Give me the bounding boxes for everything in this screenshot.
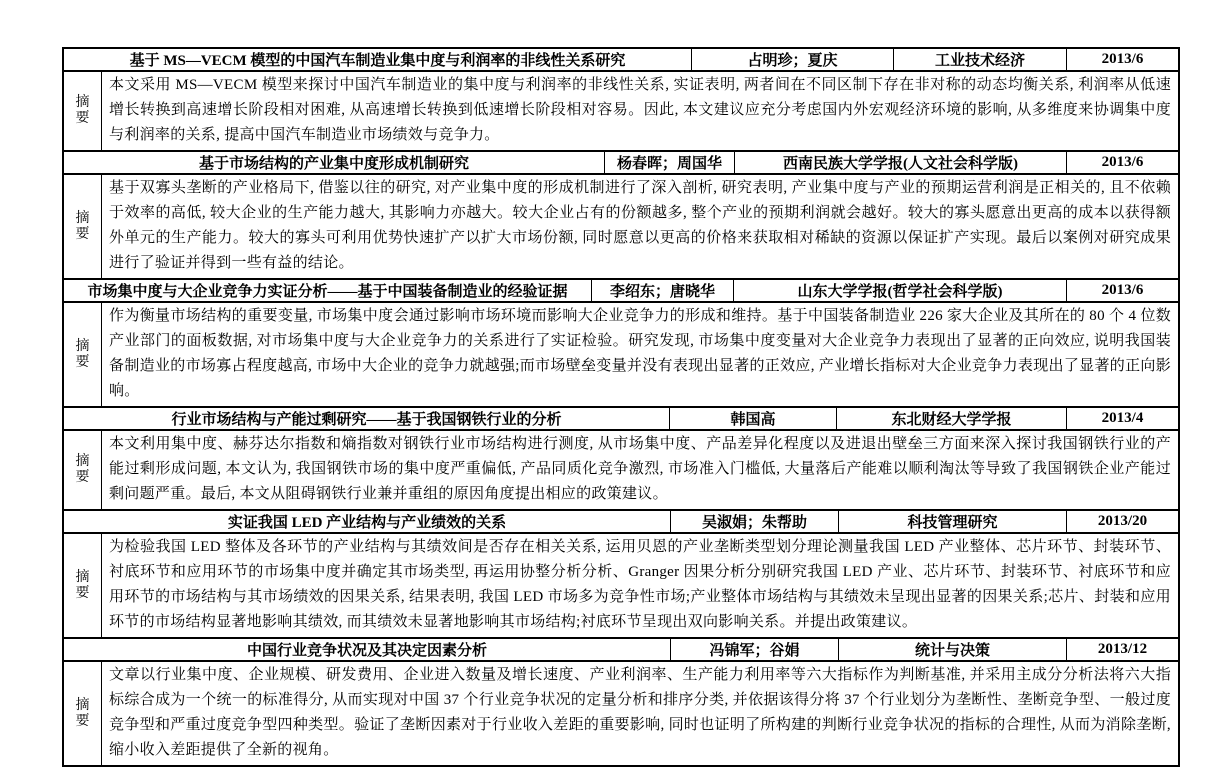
- paper-title: 实证我国 LED 产业结构与产业绩效的关系: [64, 511, 671, 532]
- abstract-label: 摘要: [75, 698, 90, 730]
- paper-journal: 西南民族大学学报(人文社会科学版): [735, 152, 1067, 173]
- paper-issue: 2013/4: [1067, 408, 1178, 429]
- paper-authors: 李绍东；唐晓华: [592, 280, 734, 301]
- paper-issue: 2013/6: [1067, 152, 1178, 173]
- paper-title: 基于 MS—VECM 模型的中国汽车制造业集中度与利润率的非线性关系研究: [64, 49, 692, 70]
- abstract-label: 摘要: [75, 454, 90, 486]
- paper-authors: 杨春晖；周国华: [605, 152, 735, 173]
- paper-entry: 中国行业竞争状况及其决定因素分析 冯锦军；谷娟 统计与决策 2013/12 摘要…: [64, 639, 1178, 765]
- abstract-label: 摘要: [75, 570, 90, 602]
- paper-abstract: 基于双寡头垄断的产业格局下, 借鉴以往的研究, 对产业集中度的形成机制进行了深入…: [102, 175, 1178, 278]
- paper-journal: 科技管理研究: [839, 511, 1067, 532]
- document-page: 基于 MS—VECM 模型的中国汽车制造业集中度与利润率的非线性关系研究 占明珍…: [0, 0, 1231, 775]
- paper-abstract-row: 摘要 本文利用集中度、赫芬达尔指数和熵指数对钢铁行业市场结构进行测度, 从市场集…: [64, 431, 1178, 511]
- paper-abstract-row: 摘要 基于双寡头垄断的产业格局下, 借鉴以往的研究, 对产业集中度的形成机制进行…: [64, 175, 1178, 280]
- paper-title: 中国行业竞争状况及其决定因素分析: [64, 639, 671, 660]
- paper-abstract: 本文利用集中度、赫芬达尔指数和熵指数对钢铁行业市场结构进行测度, 从市场集中度、…: [102, 431, 1178, 509]
- paper-abstract: 本文采用 MS—VECM 模型来探讨中国汽车制造业的集中度与利润率的非线性关系,…: [102, 72, 1178, 150]
- paper-abstract-row: 摘要 为检验我国 LED 整体及各环节的产业结构与其绩效间是否存在相关关系, 运…: [64, 534, 1178, 639]
- abstract-label-cell: 摘要: [64, 72, 102, 150]
- paper-title: 基于市场结构的产业集中度形成机制研究: [64, 152, 605, 173]
- paper-authors: 吴淑娟；朱帮助: [671, 511, 839, 532]
- paper-title: 市场集中度与大企业竞争力实证分析——基于中国装备制造业的经验证据: [64, 280, 592, 301]
- paper-issue: 2013/6: [1067, 49, 1178, 70]
- paper-journal: 东北财经大学学报: [837, 408, 1067, 429]
- paper-entry: 基于市场结构的产业集中度形成机制研究 杨春晖；周国华 西南民族大学学报(人文社会…: [64, 152, 1178, 280]
- paper-header-row: 实证我国 LED 产业结构与产业绩效的关系 吴淑娟；朱帮助 科技管理研究 201…: [64, 511, 1178, 534]
- abstract-label-cell: 摘要: [64, 662, 102, 765]
- paper-abstract: 作为衡量市场结构的重要变量, 市场集中度会通过影响市场环境而影响大企业竞争力的形…: [102, 303, 1178, 406]
- abstract-label: 摘要: [75, 211, 90, 243]
- paper-entry: 市场集中度与大企业竞争力实证分析——基于中国装备制造业的经验证据 李绍东；唐晓华…: [64, 280, 1178, 408]
- paper-abstract-row: 摘要 本文采用 MS—VECM 模型来探讨中国汽车制造业的集中度与利润率的非线性…: [64, 72, 1178, 152]
- abstract-label: 摘要: [75, 95, 90, 127]
- paper-authors: 冯锦军；谷娟: [671, 639, 839, 660]
- paper-authors: 占明珍；夏庆: [692, 49, 894, 70]
- abstract-label: 摘要: [75, 339, 90, 371]
- paper-abstract-row: 摘要 作为衡量市场结构的重要变量, 市场集中度会通过影响市场环境而影响大企业竞争…: [64, 303, 1178, 408]
- paper-entry: 基于 MS—VECM 模型的中国汽车制造业集中度与利润率的非线性关系研究 占明珍…: [64, 49, 1178, 152]
- paper-authors: 韩国高: [670, 408, 837, 429]
- abstract-label-cell: 摘要: [64, 534, 102, 637]
- paper-header-row: 基于市场结构的产业集中度形成机制研究 杨春晖；周国华 西南民族大学学报(人文社会…: [64, 152, 1178, 175]
- paper-issue: 2013/20: [1067, 511, 1178, 532]
- paper-journal: 统计与决策: [839, 639, 1067, 660]
- paper-abstract: 为检验我国 LED 整体及各环节的产业结构与其绩效间是否存在相关关系, 运用贝恩…: [102, 534, 1178, 637]
- paper-header-row: 中国行业竞争状况及其决定因素分析 冯锦军；谷娟 统计与决策 2013/12: [64, 639, 1178, 662]
- paper-header-row: 行业市场结构与产能过剩研究——基于我国钢铁行业的分析 韩国高 东北财经大学学报 …: [64, 408, 1178, 431]
- paper-entry: 行业市场结构与产能过剩研究——基于我国钢铁行业的分析 韩国高 东北财经大学学报 …: [64, 408, 1178, 511]
- paper-issue: 2013/6: [1067, 280, 1178, 301]
- abstract-label-cell: 摘要: [64, 431, 102, 509]
- paper-journal: 山东大学学报(哲学社会科学版): [734, 280, 1067, 301]
- paper-journal: 工业技术经济: [894, 49, 1067, 70]
- abstract-label-cell: 摘要: [64, 175, 102, 278]
- abstract-label-cell: 摘要: [64, 303, 102, 406]
- literature-review-table: 基于 MS—VECM 模型的中国汽车制造业集中度与利润率的非线性关系研究 占明珍…: [62, 47, 1180, 767]
- paper-issue: 2013/12: [1067, 639, 1178, 660]
- paper-abstract: 文章以行业集中度、企业规模、研发费用、企业进入数量及增长速度、产业利润率、生产能…: [102, 662, 1178, 765]
- paper-header-row: 市场集中度与大企业竞争力实证分析——基于中国装备制造业的经验证据 李绍东；唐晓华…: [64, 280, 1178, 303]
- paper-entry: 实证我国 LED 产业结构与产业绩效的关系 吴淑娟；朱帮助 科技管理研究 201…: [64, 511, 1178, 639]
- paper-abstract-row: 摘要 文章以行业集中度、企业规模、研发费用、企业进入数量及增长速度、产业利润率、…: [64, 662, 1178, 765]
- paper-header-row: 基于 MS—VECM 模型的中国汽车制造业集中度与利润率的非线性关系研究 占明珍…: [64, 49, 1178, 72]
- paper-title: 行业市场结构与产能过剩研究——基于我国钢铁行业的分析: [64, 408, 670, 429]
